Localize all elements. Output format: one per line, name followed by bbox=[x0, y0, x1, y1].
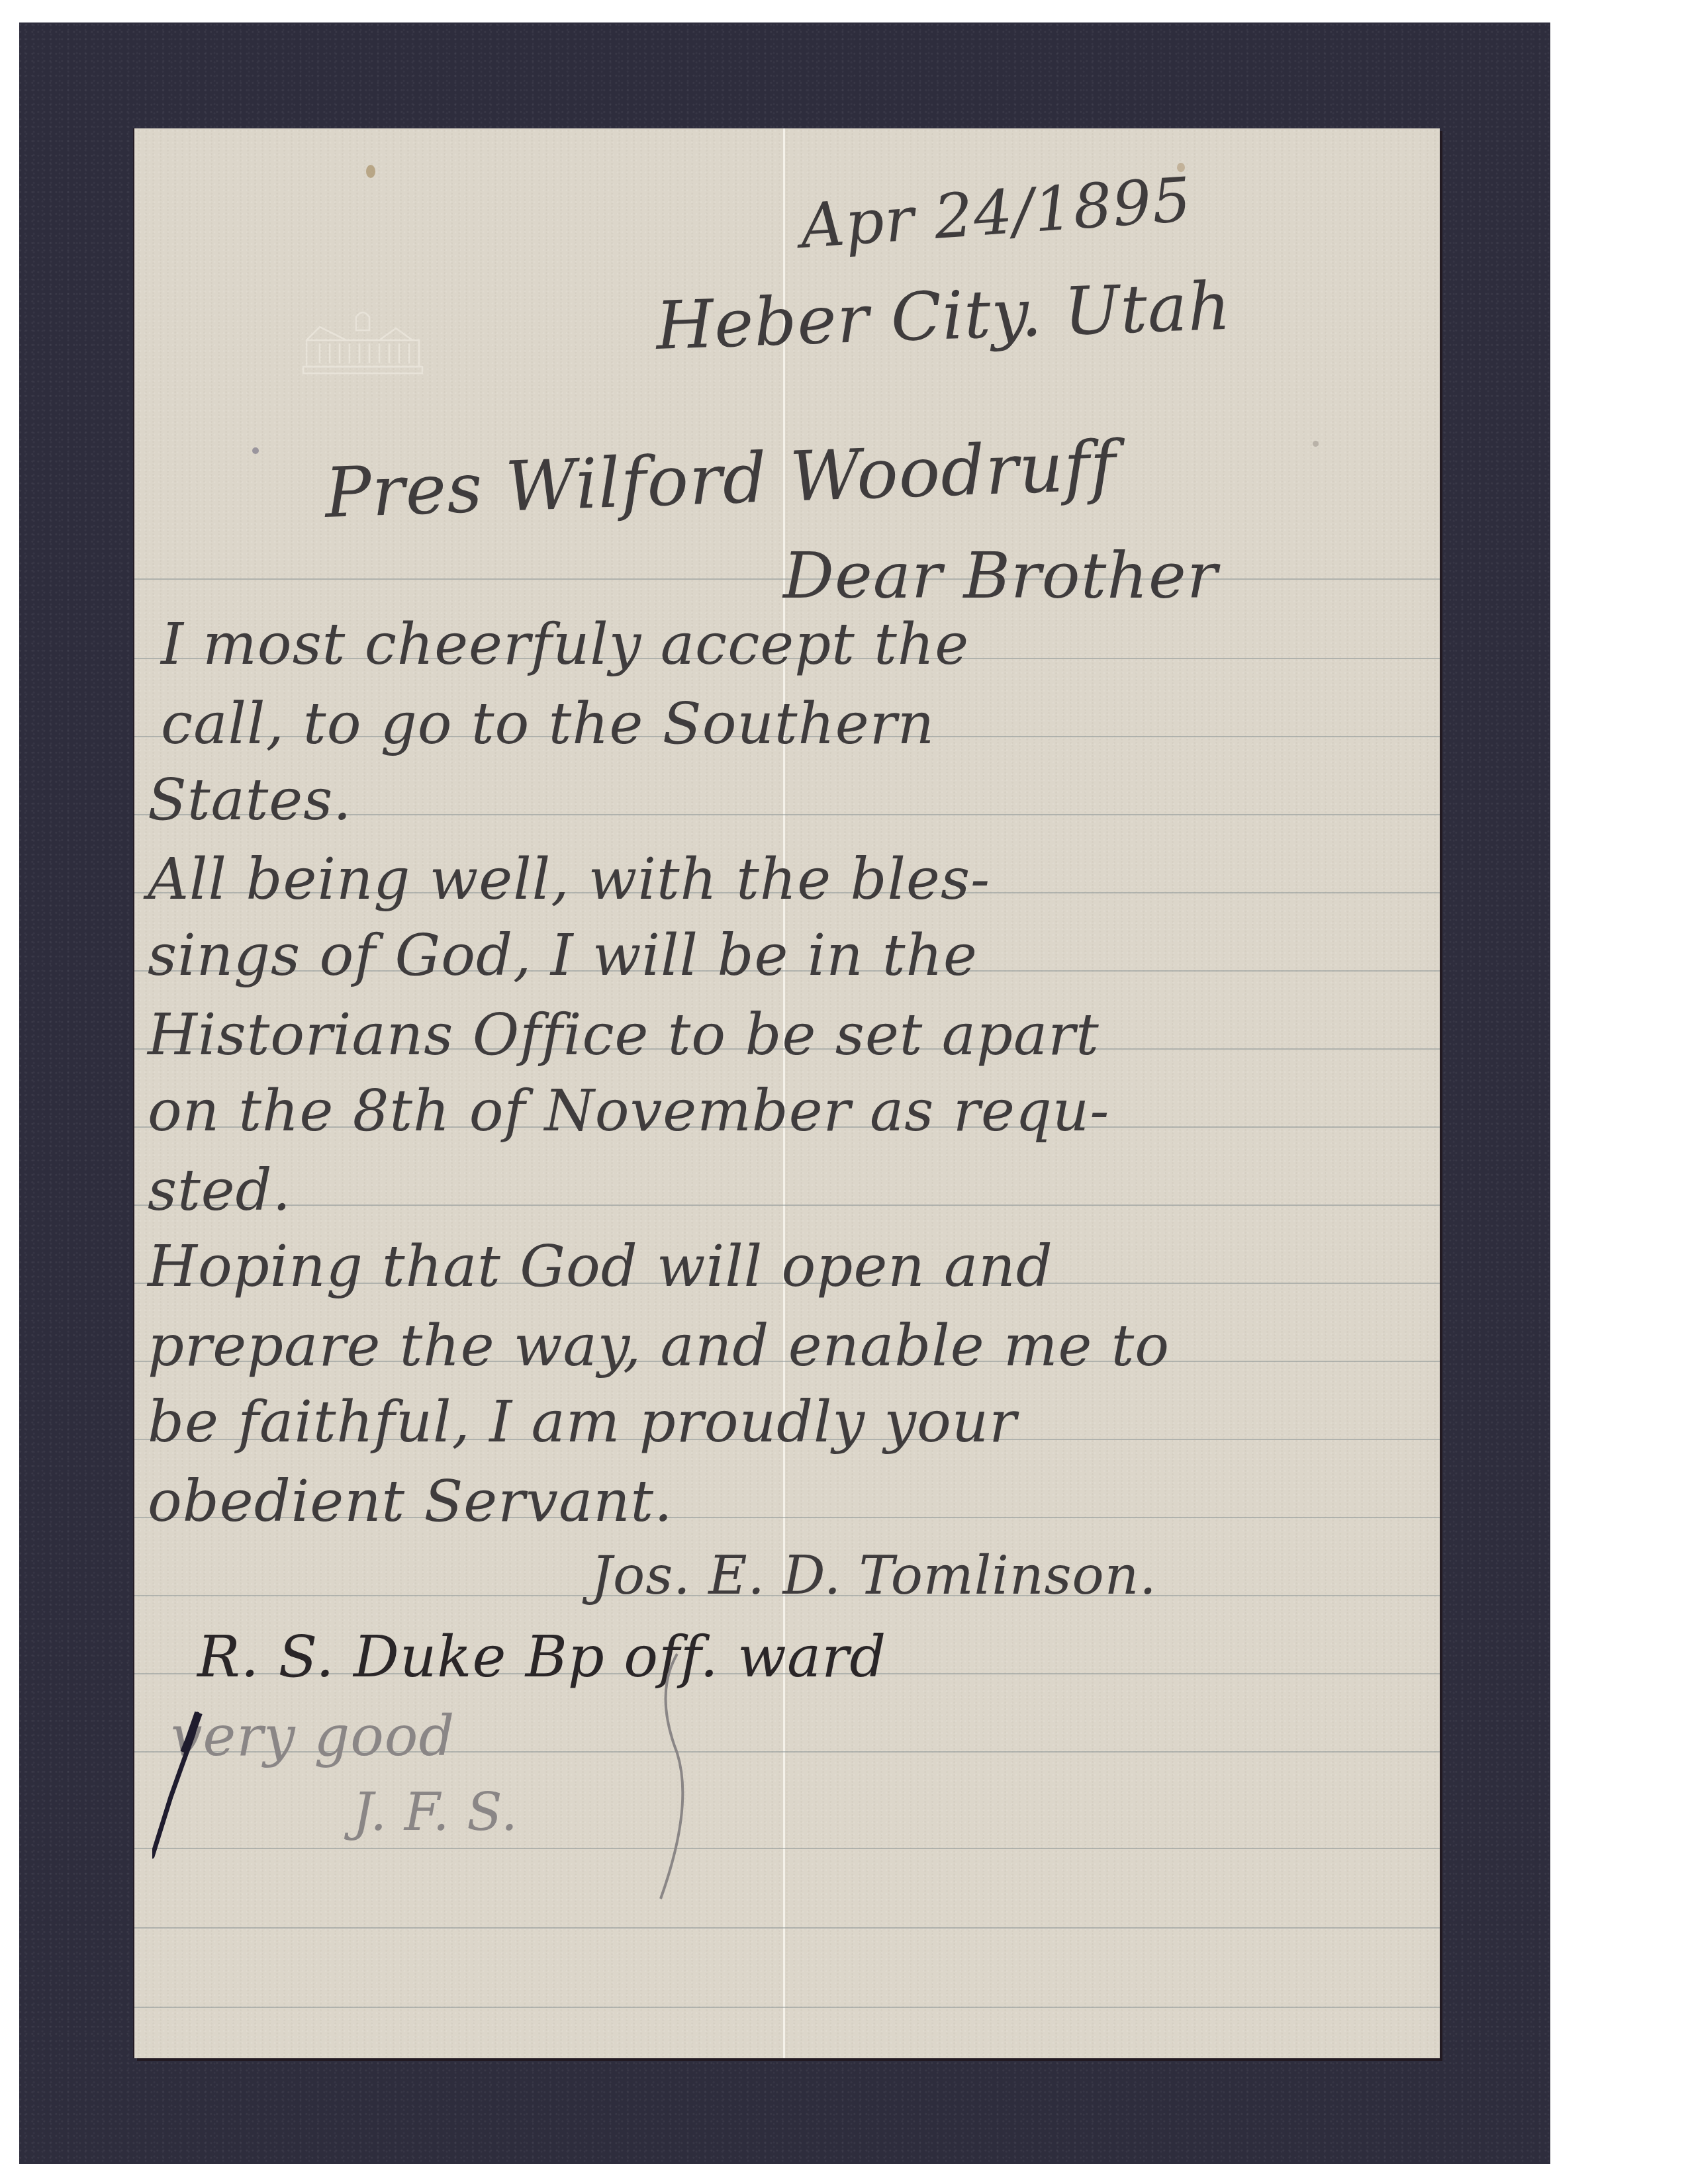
ink-dot bbox=[1313, 441, 1319, 447]
ruled-line bbox=[134, 1848, 1440, 1849]
body-line: sted. bbox=[148, 1158, 291, 1224]
ruled-line bbox=[134, 1927, 1440, 1929]
pencil-annotation: very good bbox=[171, 1704, 455, 1768]
body-line: I most cheerfuly accept the bbox=[161, 612, 969, 678]
pencil-bracket-mark bbox=[651, 1651, 690, 1902]
body-line: prepare the way, and enable me to bbox=[148, 1313, 1170, 1379]
signature: Jos. E. D. Tomlinson. bbox=[591, 1545, 1157, 1606]
body-line: call, to go to the Southern bbox=[161, 691, 935, 757]
body-line: be faithful, I am proudly your bbox=[148, 1389, 1017, 1455]
letter-sheet: Apr 24/1895 Heber City. Utah Pres Wilfor… bbox=[134, 128, 1440, 2058]
place-line: Heber City. Utah bbox=[655, 267, 1233, 365]
ink-dot bbox=[252, 447, 259, 454]
body-line: on the 8th of November as requ- bbox=[148, 1078, 1109, 1144]
body-line: sings of God, I will be in the bbox=[148, 923, 978, 989]
pencil-initials: J. F. S. bbox=[353, 1783, 518, 1843]
body-line: Hoping that God will open and bbox=[148, 1234, 1053, 1300]
ink-check-mark bbox=[152, 1707, 205, 1860]
body-line: States. bbox=[148, 767, 352, 833]
recipient-line: Pres Wilford Woodruff bbox=[324, 425, 1118, 533]
capitol-building-emboss-icon bbox=[293, 304, 432, 377]
body-line: All being well, with the bles- bbox=[148, 846, 990, 913]
salutation: Dear Brother bbox=[783, 539, 1218, 613]
adhesive-residue-mark bbox=[366, 165, 375, 178]
body-line: Historians Office to be set apart bbox=[148, 1002, 1100, 1068]
bishop-endorsement: R. S. Duke Bp off. ward bbox=[197, 1624, 886, 1690]
date-line: Apr 24/1895 bbox=[798, 164, 1194, 262]
ruled-line bbox=[134, 2007, 1440, 2008]
ruled-line bbox=[134, 1205, 1440, 1206]
body-line: obedient Servant. bbox=[148, 1469, 673, 1535]
